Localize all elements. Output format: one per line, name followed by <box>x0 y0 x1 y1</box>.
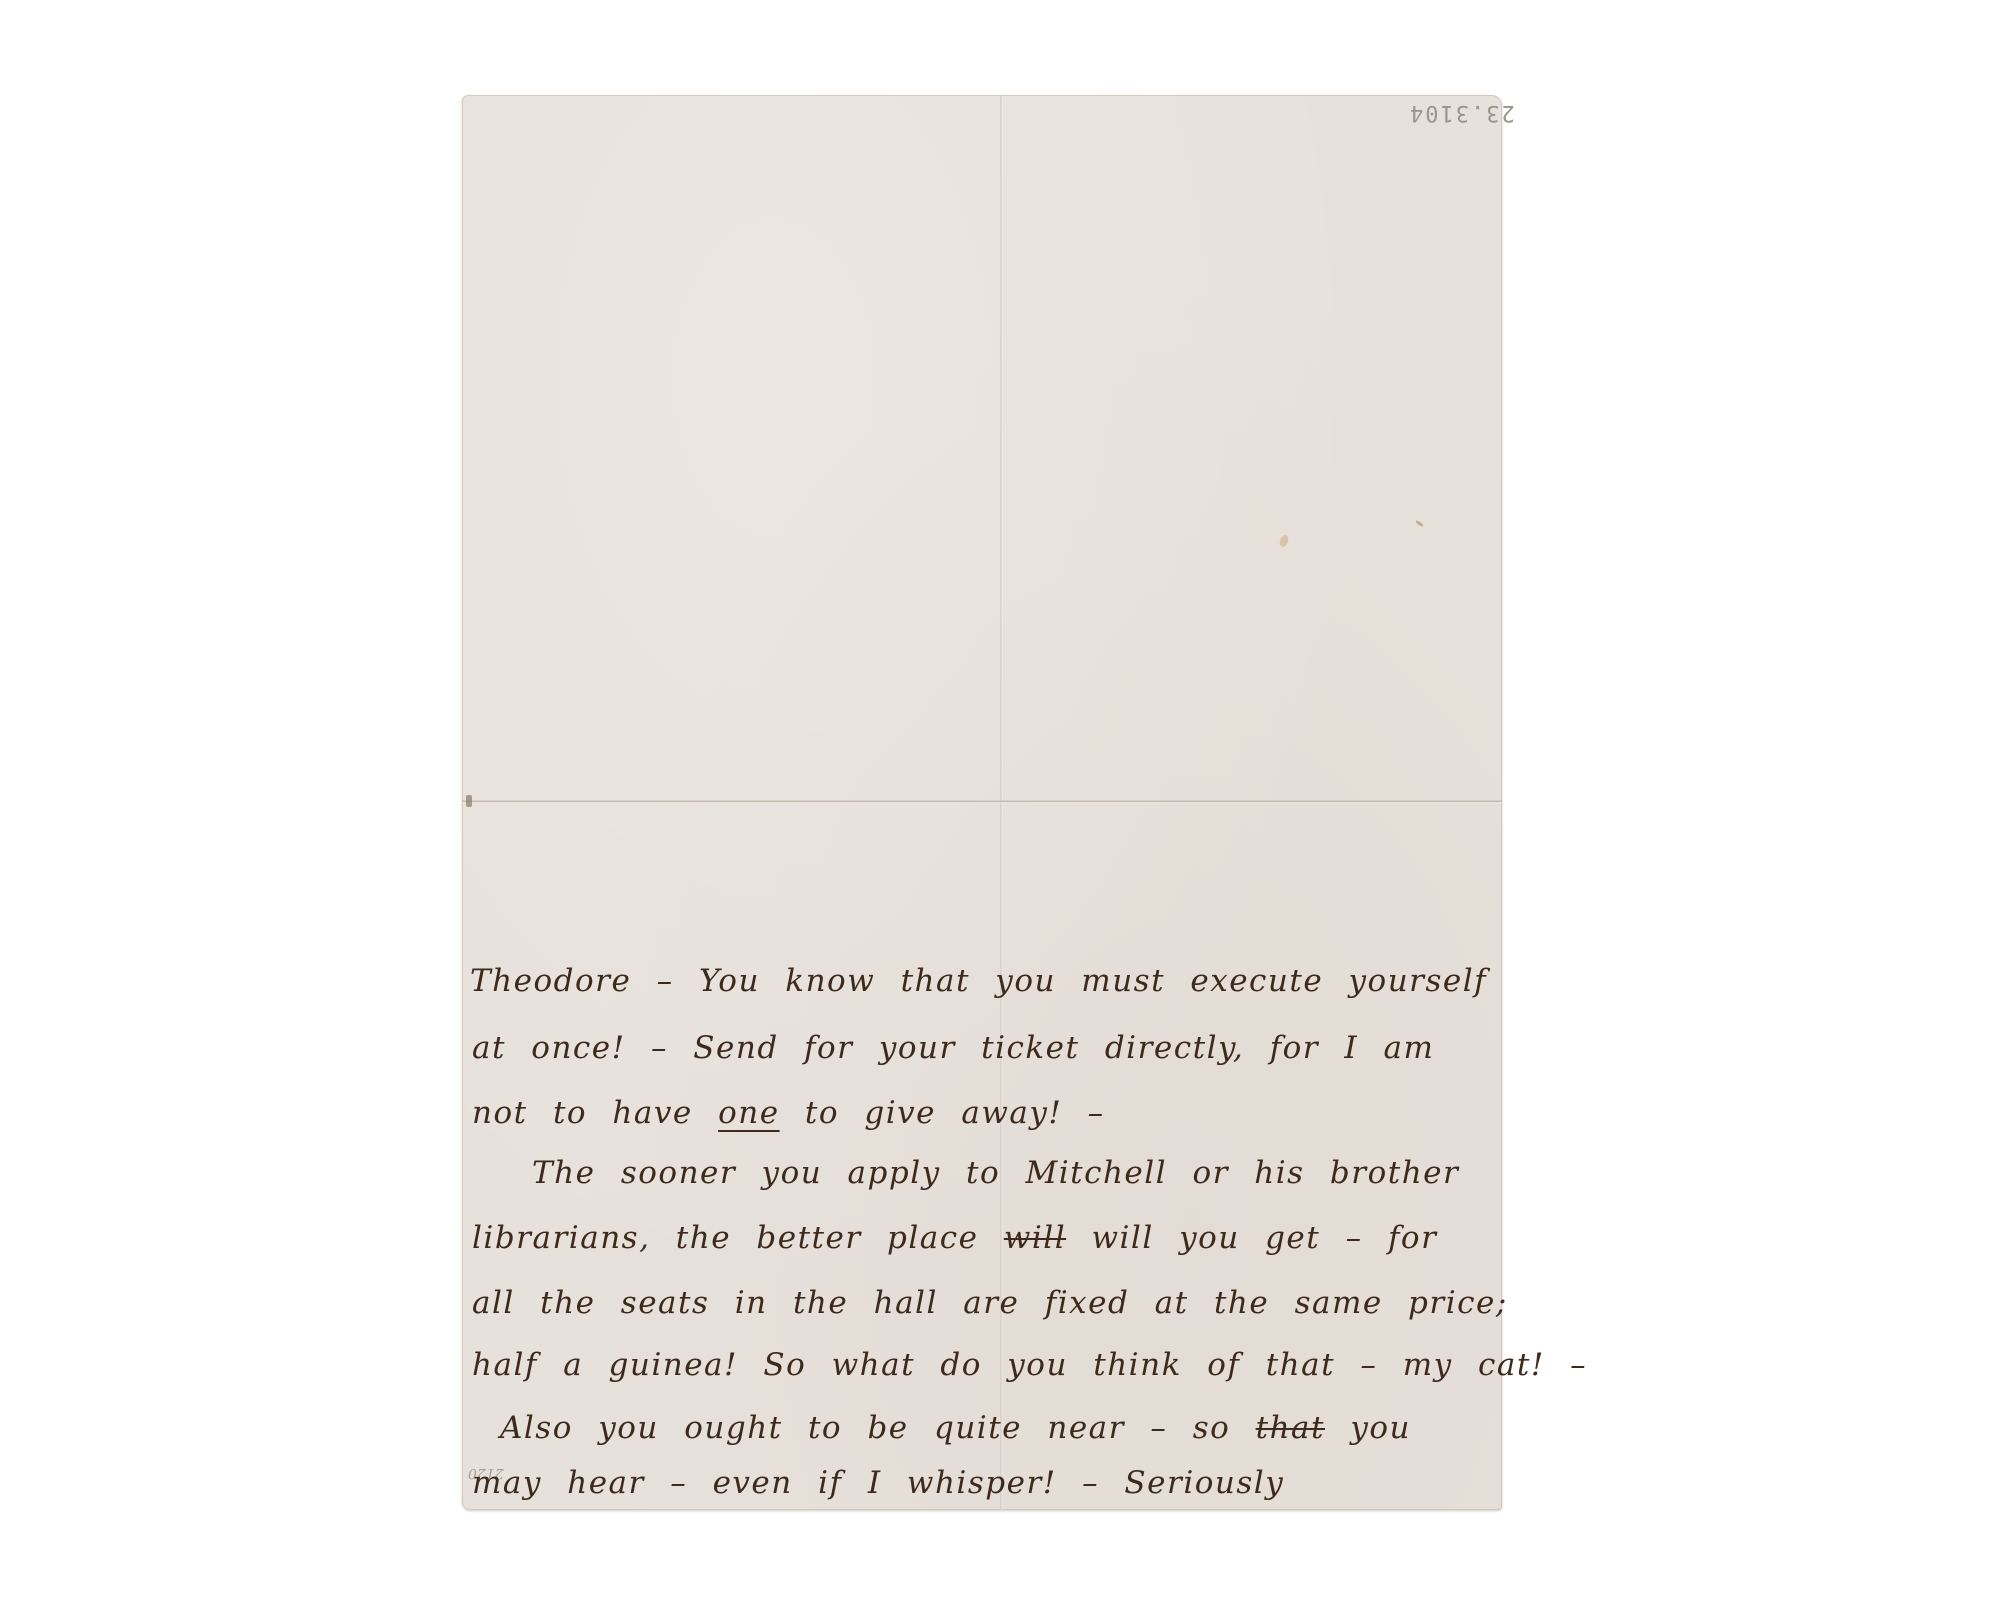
letter-line-6: all the seats in the hall are fixed at t… <box>472 1285 1508 1321</box>
letter-line-8: Also you ought to be quite near – so tha… <box>500 1410 1411 1446</box>
letter-line-3: not to have one to give away! – <box>472 1095 1105 1131</box>
letter-sheet: 23.3104 2120 Theodore – You know that yo… <box>462 95 1502 1510</box>
letter-text: at once! – Send for your ticket directly… <box>472 1030 1434 1066</box>
letter-text: The sooner you apply to Mitchell or his … <box>532 1155 1459 1191</box>
struck-word: will <box>1004 1220 1066 1256</box>
letter-line-5: librarians, the better place will will y… <box>472 1220 1437 1256</box>
letter-text: will you get – for <box>1066 1220 1437 1256</box>
letter-line-2: at once! – Send for your ticket directly… <box>472 1030 1434 1066</box>
letter-text: all the seats in the hall are fixed at t… <box>472 1285 1508 1321</box>
underlined-word: one <box>718 1095 779 1131</box>
struck-word: that <box>1256 1410 1325 1446</box>
letter-line-7: half a guinea! So what do you think of t… <box>472 1347 1587 1383</box>
letter-text: you <box>1325 1410 1411 1446</box>
letter-text: Also you ought to be quite near – so <box>500 1410 1256 1446</box>
letter-text: Theodore – You know that you must execut… <box>470 963 1487 999</box>
letter-line-4: The sooner you apply to Mitchell or his … <box>532 1155 1459 1191</box>
letter-text: half a guinea! So what do you think of t… <box>472 1347 1587 1383</box>
letter-line-9: may hear – even if I whisper! – Seriousl… <box>472 1465 1284 1501</box>
letter-line-1: Theodore – You know that you must execut… <box>470 963 1487 999</box>
letter-text: to give away! – <box>780 1095 1105 1131</box>
letter-text: not to have <box>472 1095 718 1131</box>
document-viewer: 23.3104 2120 Theodore – You know that yo… <box>0 0 2000 1600</box>
letter-body: Theodore – You know that you must execut… <box>462 95 1502 1510</box>
letter-text: librarians, the better place <box>472 1220 1004 1256</box>
letter-text: may hear – even if I whisper! – Seriousl… <box>472 1465 1284 1501</box>
